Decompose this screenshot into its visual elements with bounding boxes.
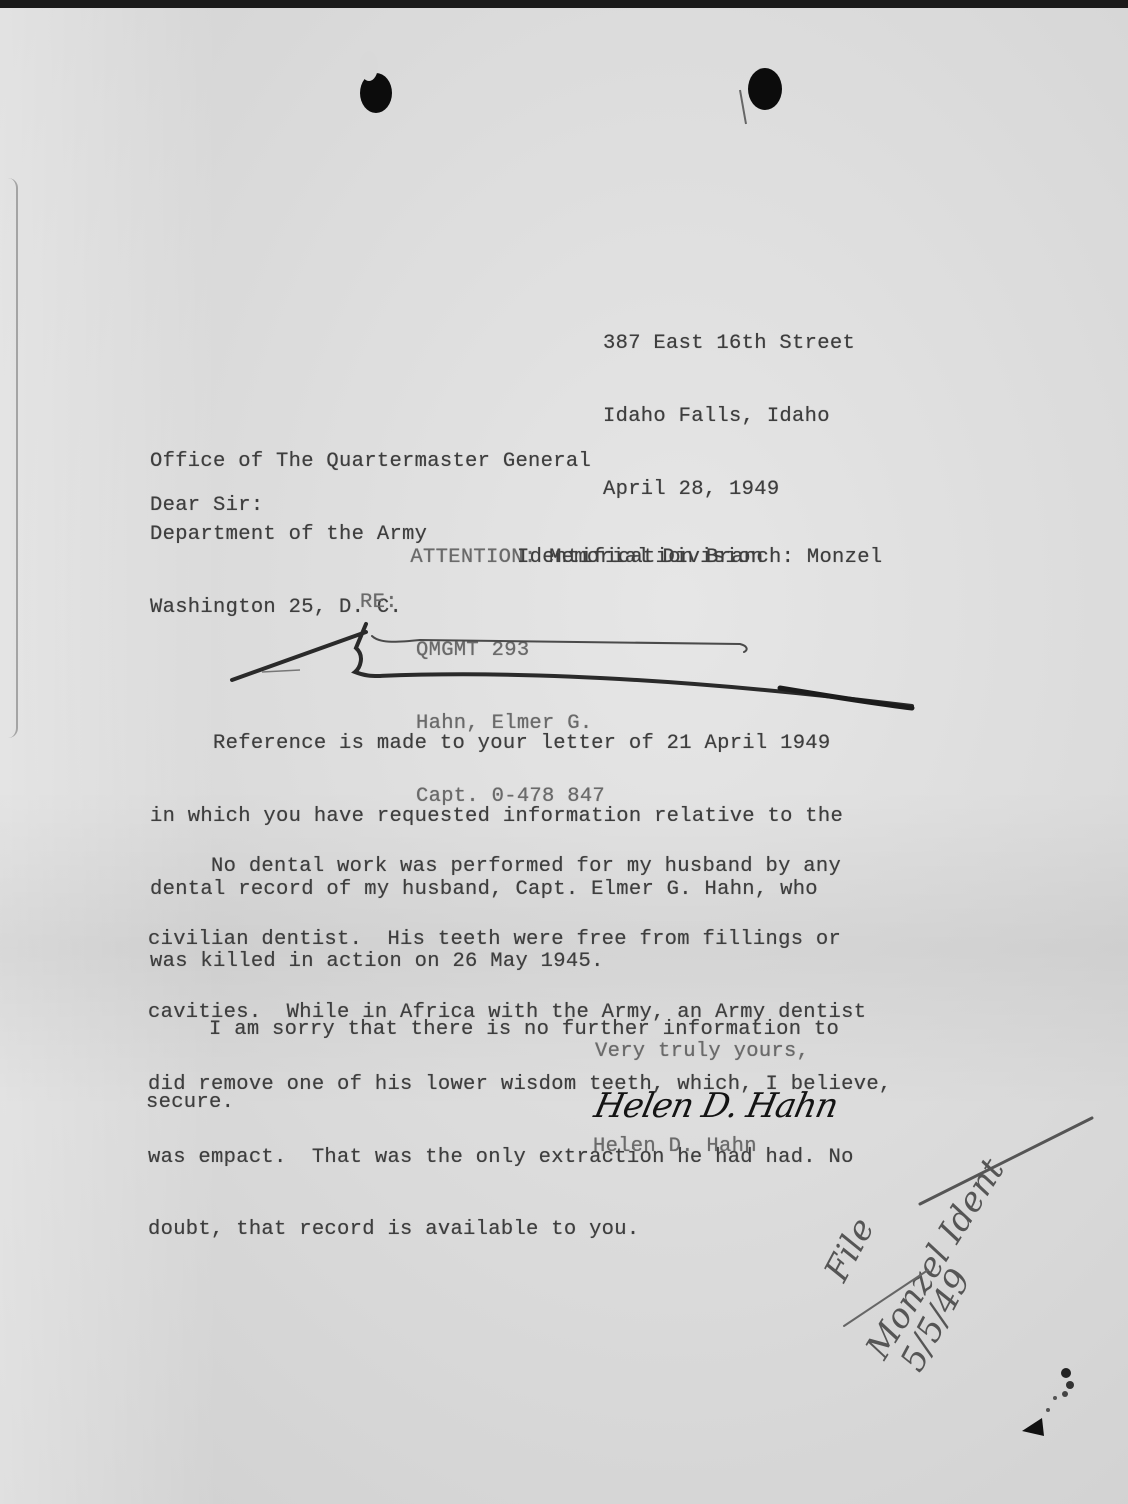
letter-page: 387 East 16th Street Idaho Falls, Idaho … xyxy=(0,8,1128,1504)
pencil-marks xyxy=(0,8,1128,1504)
